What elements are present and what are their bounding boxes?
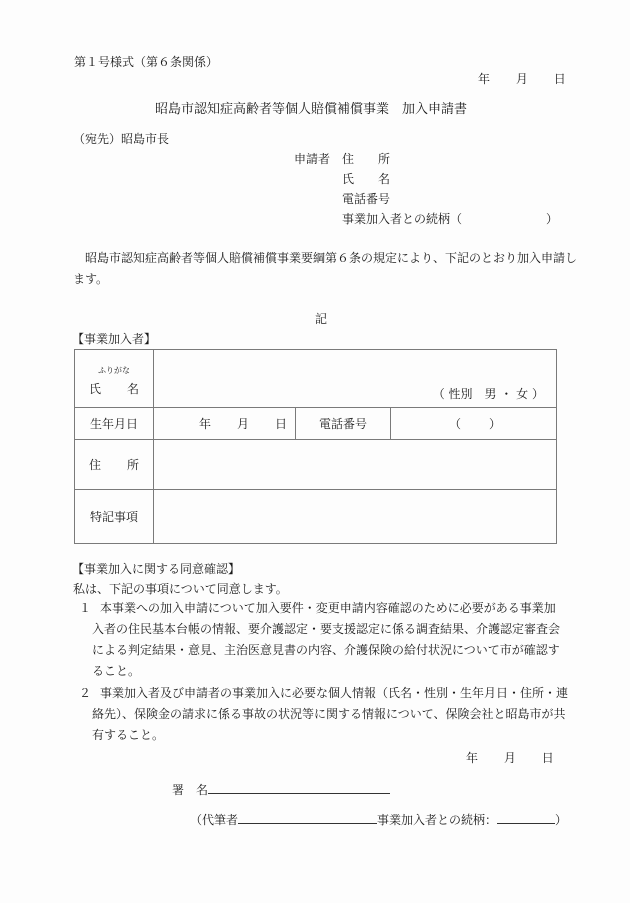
row-address: 住 所 <box>75 440 557 490</box>
phone-input[interactable]: （） <box>391 408 557 440</box>
addressee: （宛先）昭島市長 <box>73 133 169 145</box>
address-label-b: 所 <box>127 456 139 473</box>
address-label-a: 住 <box>89 456 101 473</box>
proxy-name-line[interactable] <box>238 812 377 824</box>
date-year: 年 <box>466 751 478 765</box>
signature-line[interactable] <box>208 782 390 794</box>
proxy-row: （代筆者事業加入者との続柄：） <box>190 812 567 826</box>
row-notes: 特記事項 <box>75 490 557 544</box>
furigana-label: ふりがな <box>75 365 153 376</box>
section-heading-consent: 【事業加入に関する同意確認】 <box>72 563 240 575</box>
page-title: 昭島市認知症高齢者等個人賠償補償事業 加入申請書 <box>155 103 467 116</box>
form-number: 第１号様式（第６条関係） <box>74 56 218 68</box>
section-heading-subscriber: 【事業加入者】 <box>72 333 156 345</box>
consent-item-number: １ <box>79 598 91 619</box>
name-input-cell[interactable]: （ 性別 男 ・ 女 ） <box>154 350 557 408</box>
consent-item-number: ２ <box>79 683 91 704</box>
subscriber-table: ふりがな 氏 名 （ 性別 男 ・ 女 ） 生年月日 年 月 日 電話番号 （）… <box>74 349 557 544</box>
proxy-open-label: （代筆者 <box>190 813 238 827</box>
signature-label: 署 名 <box>172 783 208 797</box>
date-month: 月 <box>516 72 528 86</box>
applicant-name-label: 氏名 <box>342 173 390 185</box>
intro-line-2: ます。 <box>73 273 108 285</box>
applicant-relation-label: 事業加入者との続柄（） <box>342 213 558 225</box>
date-top: 年 月 日 <box>478 73 566 85</box>
name-label-a: 氏 <box>89 380 101 397</box>
proxy-relation-label: 事業加入者との続柄： <box>377 813 497 827</box>
birth-date-input[interactable]: 年 月 日 <box>154 408 296 440</box>
date-day: 日 <box>542 751 554 765</box>
date-bottom: 年 月 日 <box>466 752 554 764</box>
address-label-cell: 住 所 <box>75 440 154 490</box>
consent-intro: 私は、下記の事項について同意します。 <box>73 583 288 595</box>
date-year: 年 <box>478 72 490 86</box>
name-label-b: 名 <box>127 380 139 397</box>
name-label-cell: ふりがな 氏 名 <box>75 350 154 408</box>
proxy-relation-line[interactable] <box>497 812 555 824</box>
date-day: 日 <box>554 72 566 86</box>
date-month: 月 <box>504 751 516 765</box>
birth-label: 生年月日 <box>75 408 154 440</box>
notes-input[interactable] <box>154 490 557 544</box>
applicant-address-label: 住所 <box>342 153 390 165</box>
proxy-close: ） <box>555 813 567 827</box>
applicant-phone-label: 電話番号 <box>342 193 390 205</box>
address-input[interactable] <box>154 440 557 490</box>
row-name: ふりがな 氏 名 （ 性別 男 ・ 女 ） <box>75 350 557 408</box>
gender-select[interactable]: （ 性別 男 ・ 女 ） <box>433 387 544 401</box>
intro-line-1: 昭島市認知症高齢者等個人賠償補償事業要綱第６条の規定により、下記のとおり加入申請… <box>85 252 577 264</box>
ki-heading: 記 <box>315 313 327 325</box>
row-birth-phone: 生年月日 年 月 日 電話番号 （） <box>75 408 557 440</box>
phone-label: 電話番号 <box>296 408 391 440</box>
signature-row: 署 名 <box>172 782 390 796</box>
applicant-label: 申請者 <box>294 153 330 165</box>
notes-label: 特記事項 <box>75 490 154 544</box>
